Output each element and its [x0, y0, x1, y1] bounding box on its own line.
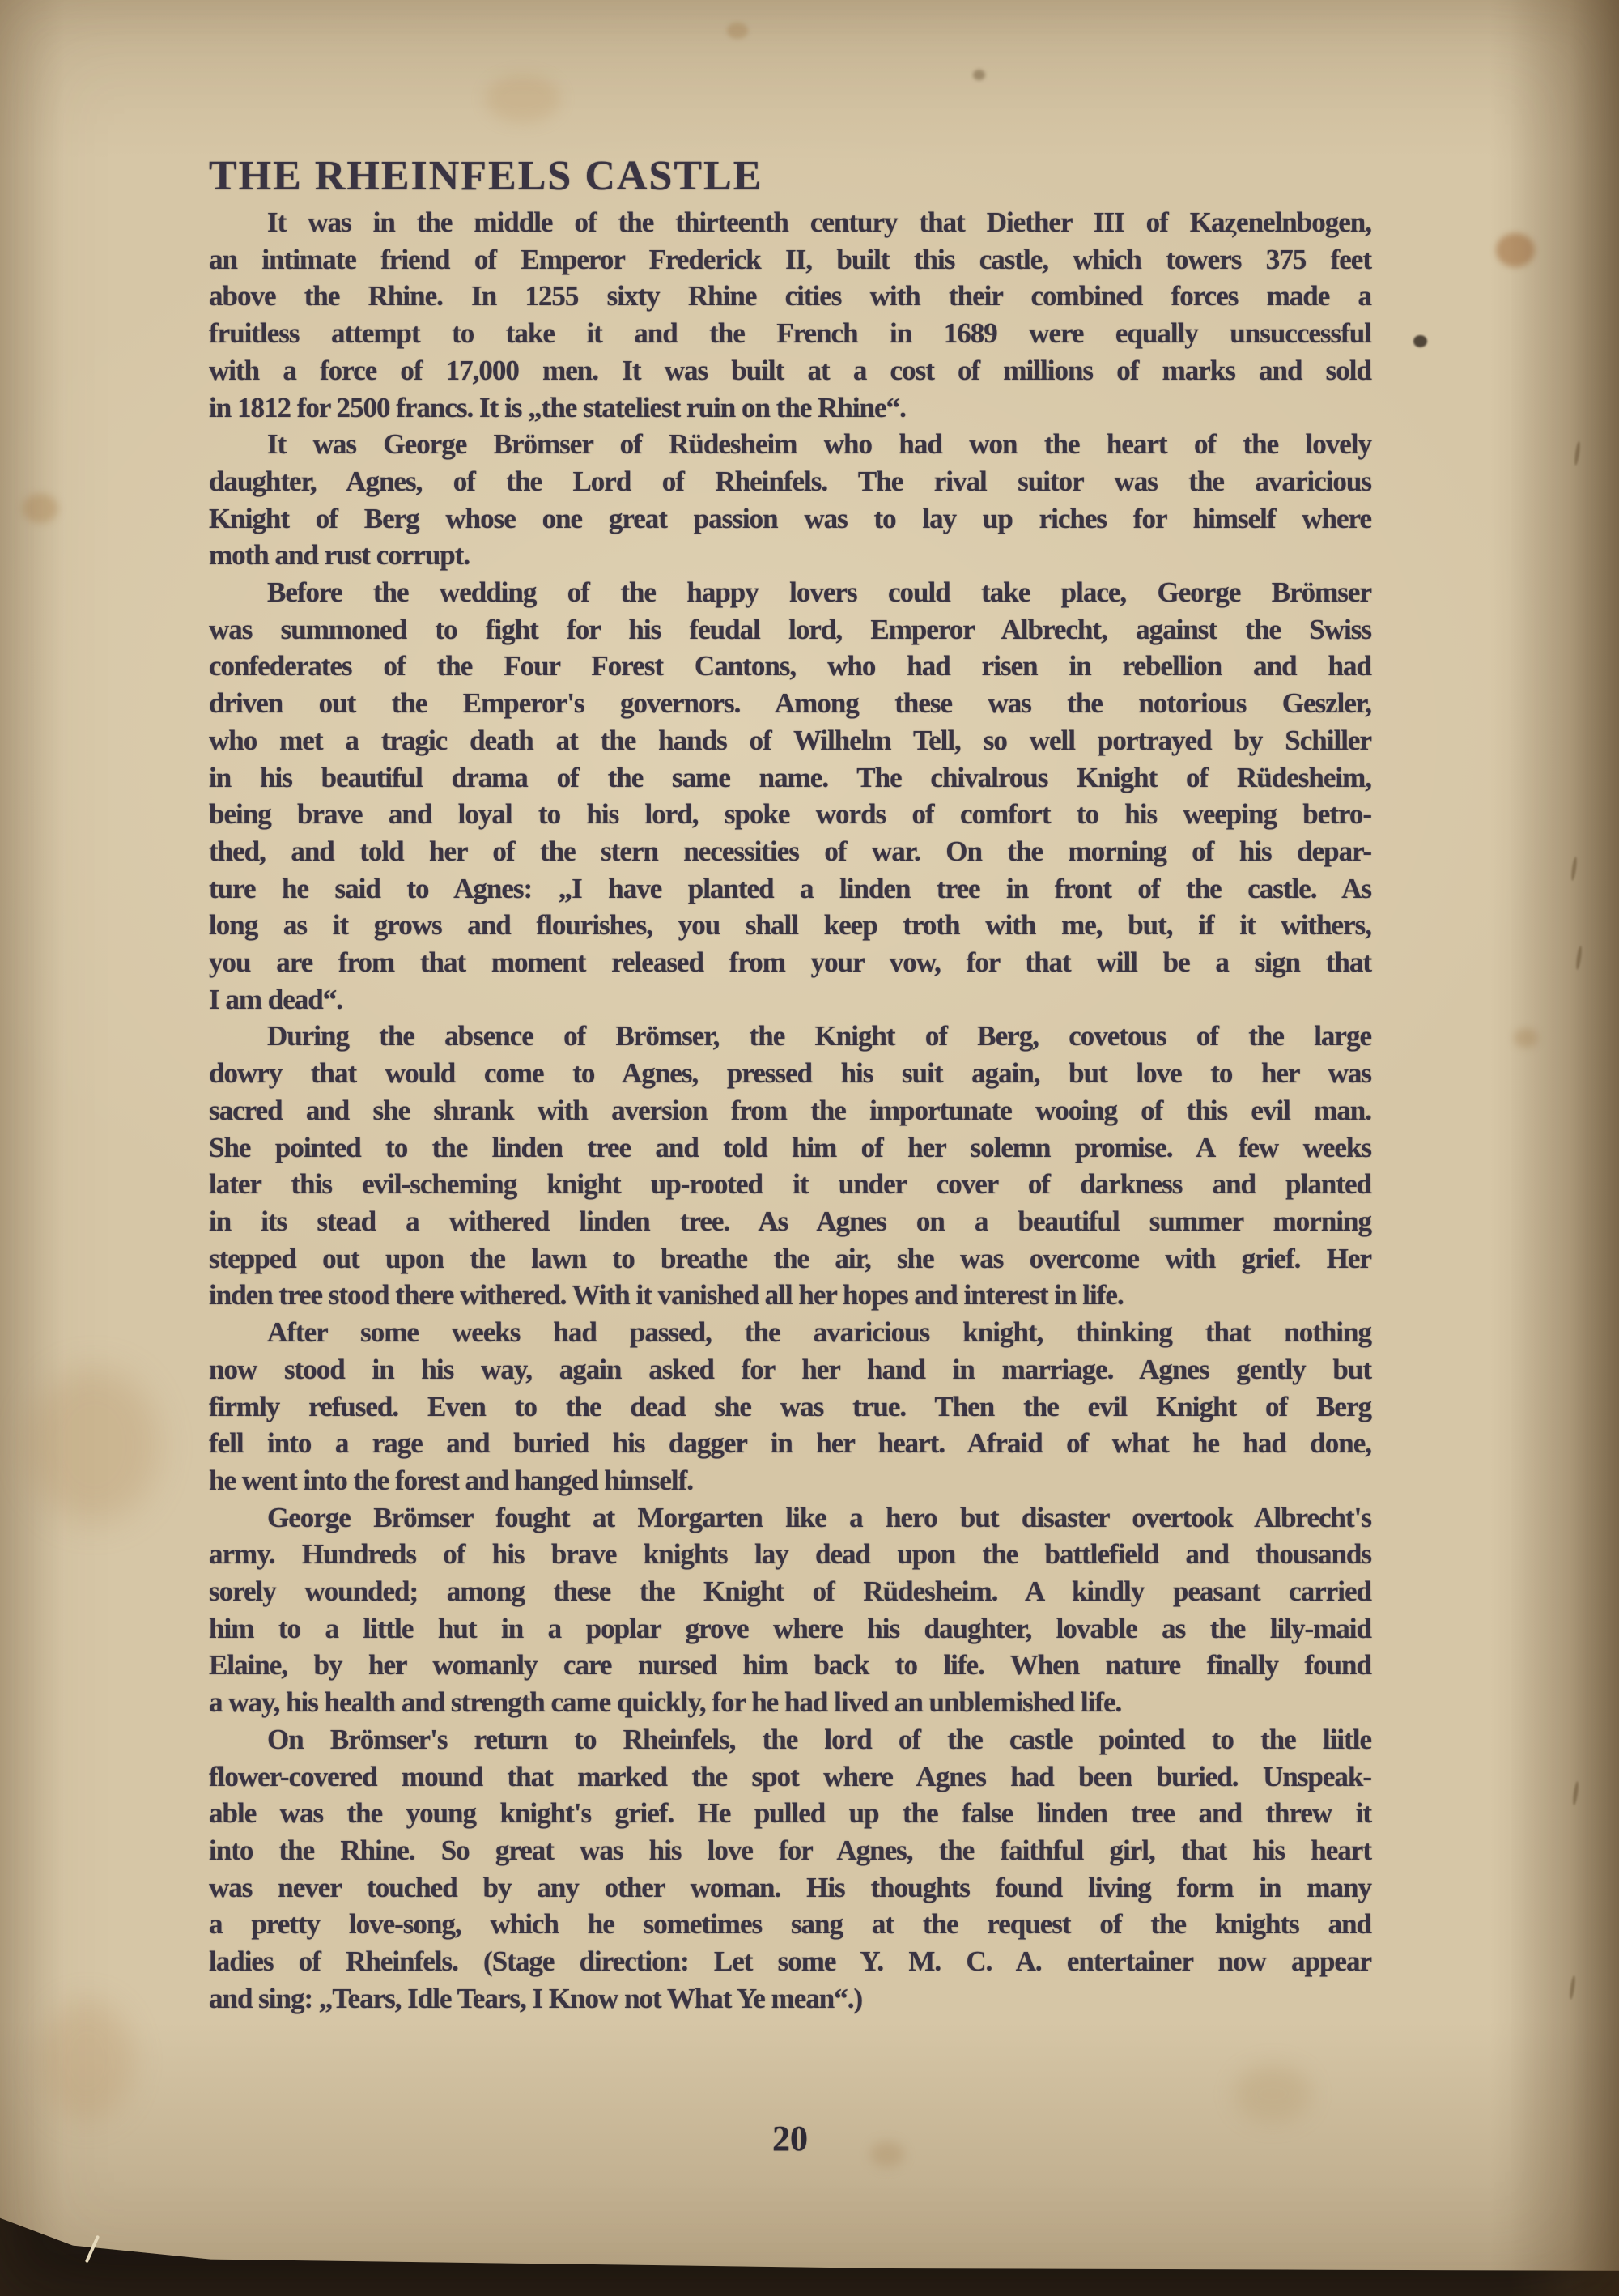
- text-line: later this evil-scheming knight up-roote…: [209, 1166, 1371, 1203]
- text-line: thed, and told her of the stern necessit…: [209, 833, 1371, 870]
- page-number: 20: [209, 2118, 1371, 2159]
- text-line: in 1812 for 2500 francs. It is „the stat…: [209, 389, 1371, 427]
- text-line: firmly refused. Even to the dead she was…: [209, 1388, 1371, 1426]
- text-line: now stood in his way, again asked for he…: [209, 1351, 1371, 1388]
- text-line: was summoned to fight for his feudal lor…: [209, 611, 1371, 648]
- text-line: daughter, Agnes, of the Lord of Rheinfel…: [209, 463, 1371, 500]
- text-line: above the Rhine. In 1255 sixty Rhine cit…: [209, 278, 1371, 315]
- text-line: sorely wounded; among these the Knight o…: [209, 1573, 1371, 1610]
- text-line: Elaine, by her womanly care nursed him b…: [209, 1647, 1371, 1684]
- text-line: was never touched by any other woman. Hi…: [209, 1869, 1371, 1907]
- text-line: and sing: „Tears, Idle Tears, I Know not…: [209, 1980, 1371, 2018]
- text-line: you are from that moment released from y…: [209, 944, 1371, 981]
- text-line: long as it grows and flourishes, you sha…: [209, 907, 1371, 944]
- text-line: During the absence of Brömser, the Knigh…: [209, 1018, 1371, 1055]
- text-line: fruitless attempt to take it and the Fre…: [209, 315, 1371, 352]
- text-line: confederates of the Four Forest Cantons,…: [209, 648, 1371, 685]
- text-line: with a force of 17,000 men. It was built…: [209, 352, 1371, 389]
- text-line: George Brömser fought at Morgarten like …: [209, 1499, 1371, 1537]
- text-line: moth and rust corrupt.: [209, 537, 1371, 574]
- text-line: I am dead“.: [209, 981, 1371, 1018]
- text-line: driven out the Emperor's governors. Amon…: [209, 685, 1371, 722]
- text-line: sacred and she shrank with aversion from…: [209, 1092, 1371, 1129]
- text-line: able was the young knight's grief. He pu…: [209, 1795, 1371, 1832]
- text-line: him to a little hut in a poplar grove wh…: [209, 1610, 1371, 1648]
- text-line: It was in the middle of the thirteenth c…: [209, 204, 1371, 241]
- text-line: a pretty love-song, which he sometimes s…: [209, 1906, 1371, 1943]
- paragraph: After some weeks had passed, the avarici…: [209, 1314, 1371, 1499]
- text-line: inden tree stood there withered. With it…: [209, 1277, 1371, 1314]
- text-line: Knight of Berg whose one great passion w…: [209, 500, 1371, 538]
- paragraph: On Brömser's return to Rheinfels, the lo…: [209, 1721, 1371, 2018]
- text-line: an intimate friend of Emperor Frederick …: [209, 241, 1371, 278]
- text-line: in his beautiful drama of the same name.…: [209, 759, 1371, 797]
- text-line: dowry that would come to Agnes, pressed …: [209, 1055, 1371, 1092]
- text-line: She pointed to the linden tree and told …: [209, 1129, 1371, 1167]
- text-line: who met a tragic death at the hands of W…: [209, 722, 1371, 759]
- text-line: ture he said to Agnes: „I have planted a…: [209, 870, 1371, 908]
- text-line: After some weeks had passed, the avarici…: [209, 1314, 1371, 1351]
- text-line: ladies of Rheinfels. (Stage direction: L…: [209, 1943, 1371, 1980]
- text-line: a way, his health and strength came quic…: [209, 1684, 1371, 1721]
- page-title: THE RHEINFELS CASTLE: [209, 152, 763, 200]
- text-line: fell into a rage and buried his dagger i…: [209, 1425, 1371, 1462]
- text-line: into the Rhine. So great was his love fo…: [209, 1832, 1371, 1869]
- paragraph: During the absence of Brömser, the Knigh…: [209, 1018, 1371, 1314]
- text-line: Before the wedding of the happy lovers c…: [209, 574, 1371, 611]
- text-line: On Brömser's return to Rheinfels, the lo…: [209, 1721, 1371, 1758]
- paragraph: It was in the middle of the thirteenth c…: [209, 204, 1371, 426]
- paragraph: Before the wedding of the happy lovers c…: [209, 574, 1371, 1018]
- text-line: being brave and loyal to his lord, spoke…: [209, 796, 1371, 833]
- text-line: It was George Brömser of Rüdesheim who h…: [209, 426, 1371, 463]
- scanned-book-page: THE RHEINFELS CASTLE It was in the middl…: [0, 0, 1619, 2296]
- text-line: army. Hundreds of his brave knights lay …: [209, 1536, 1371, 1573]
- story-text: It was in the middle of the thirteenth c…: [209, 204, 1371, 2017]
- text-line: in its stead a withered linden tree. As …: [209, 1203, 1371, 1240]
- text-line: flower-covered mound that marked the spo…: [209, 1758, 1371, 1796]
- paragraph: George Brömser fought at Morgarten like …: [209, 1499, 1371, 1721]
- text-line: he went into the forest and hanged himse…: [209, 1462, 1371, 1499]
- text-line: stepped out upon the lawn to breathe the…: [209, 1240, 1371, 1278]
- paragraph: It was George Brömser of Rüdesheim who h…: [209, 426, 1371, 574]
